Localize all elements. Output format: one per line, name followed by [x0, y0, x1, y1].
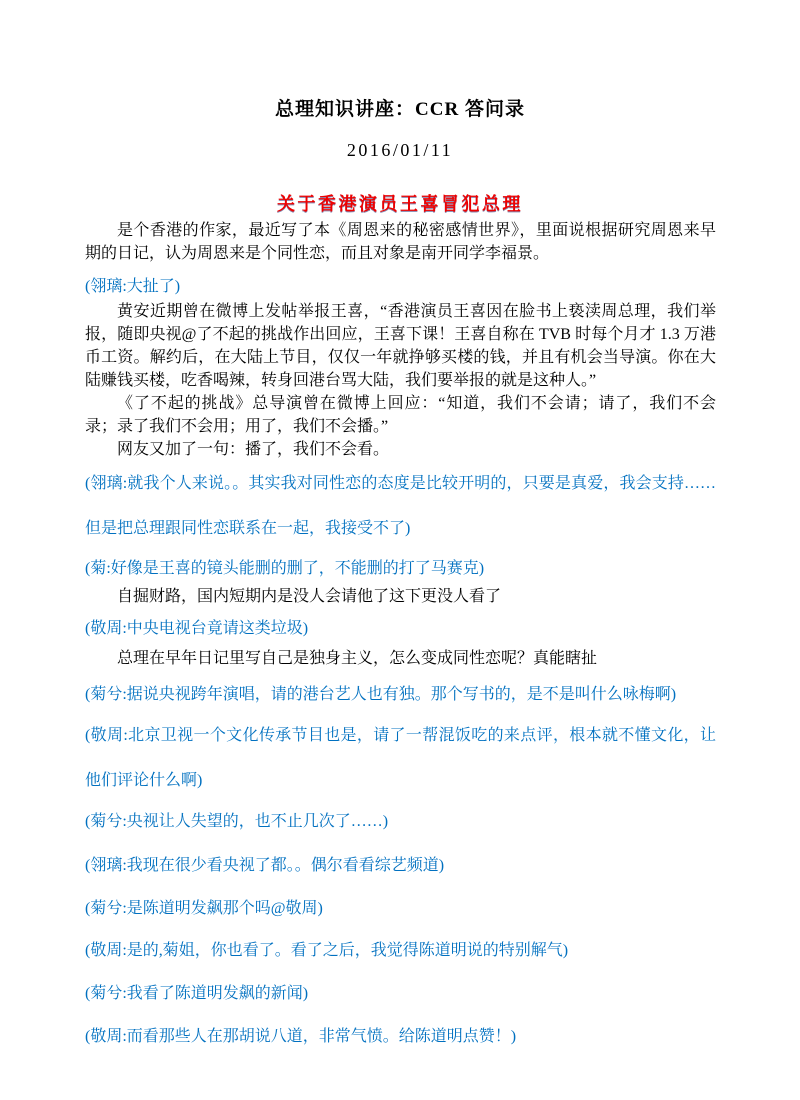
comment-line: (菊兮:是陈道明发飙那个吗@敬周) [85, 897, 716, 920]
document-page: 总理知识讲座：CCR 答问录 2016/01/11 关于香港演员王喜冒犯总理 是… [0, 0, 800, 1100]
paragraph-text: 黄安近期曾在微博上发帖举报王喜，“香港演员王喜因在脸书上亵渎周总理，我们举报，随… [85, 300, 716, 392]
paragraph-line: 总理在早年日记里写自己是独身主义，怎么变成同性恋呢？真能瞎扯 [85, 647, 716, 670]
comment-line: (敬周:中央电视台竟请这类垃圾) [85, 617, 716, 640]
paragraph-text: 是个香港的作家，最近写了本《周恩来的秘密感情世界》，里面说根据研究周恩来早期的日… [85, 219, 716, 265]
comment-line: (敬周:北京卫视一个文化传承节目也是，请了一帮混饭吃的来点评，根本就不懂文化，让… [85, 713, 716, 803]
doc-title: 总理知识讲座：CCR 答问录 [0, 94, 800, 121]
paragraph-text: 网友又加了一句：播了，我们不会看。 [85, 438, 716, 461]
comment-line: (敬周:而看那些人在那胡说八道，非常气愤。给陈道明点赞！) [85, 1025, 716, 1048]
comment-line: (菊兮:我看了陈道明发飙的新闻) [85, 982, 716, 1005]
section-heading: 关于香港演员王喜冒犯总理 [0, 190, 800, 216]
comment-line: (翎璃:就我个人来说。。其实我对同性恋的态度是比较开明的，只要是真爱，我会支持…… [85, 461, 716, 551]
comment-line: (翎璃:大扯了) [85, 275, 716, 298]
paragraph-text: 《了不起的挑战》总导演曾在微博上回应：“知道，我们不会请；请了，我们不会录；录了… [85, 392, 716, 438]
comment-line: (菊:好像是王喜的镜头能删的删了，不能删的打了马赛克) [85, 557, 716, 580]
comment-line: (菊兮:据说央视跨年演唱，请的港台艺人也有独。那个写书的，是不是叫什么咏梅啊) [85, 683, 716, 706]
paragraph-block: 黄安近期曾在微博上发帖举报王喜，“香港演员王喜因在脸书上亵渎周总理，我们举报，随… [85, 300, 716, 461]
doc-date: 2016/01/11 [0, 140, 800, 161]
comment-line: (敬周:是的,菊姐，你也看了。看了之后，我觉得陈道明说的特别解气) [85, 939, 716, 962]
paragraph-intro: 是个香港的作家，最近写了本《周恩来的秘密感情世界》，里面说根据研究周恩来早期的日… [85, 219, 716, 265]
comment-line: (菊兮:央视让人失望的，也不止几次了……) [85, 810, 716, 833]
comment-line: (翎璃:我现在很少看央视了都。。偶尔看看综艺频道) [85, 854, 716, 877]
paragraph-line: 自掘财路，国内短期内是没人会请他了这下更没人看了 [85, 585, 716, 608]
